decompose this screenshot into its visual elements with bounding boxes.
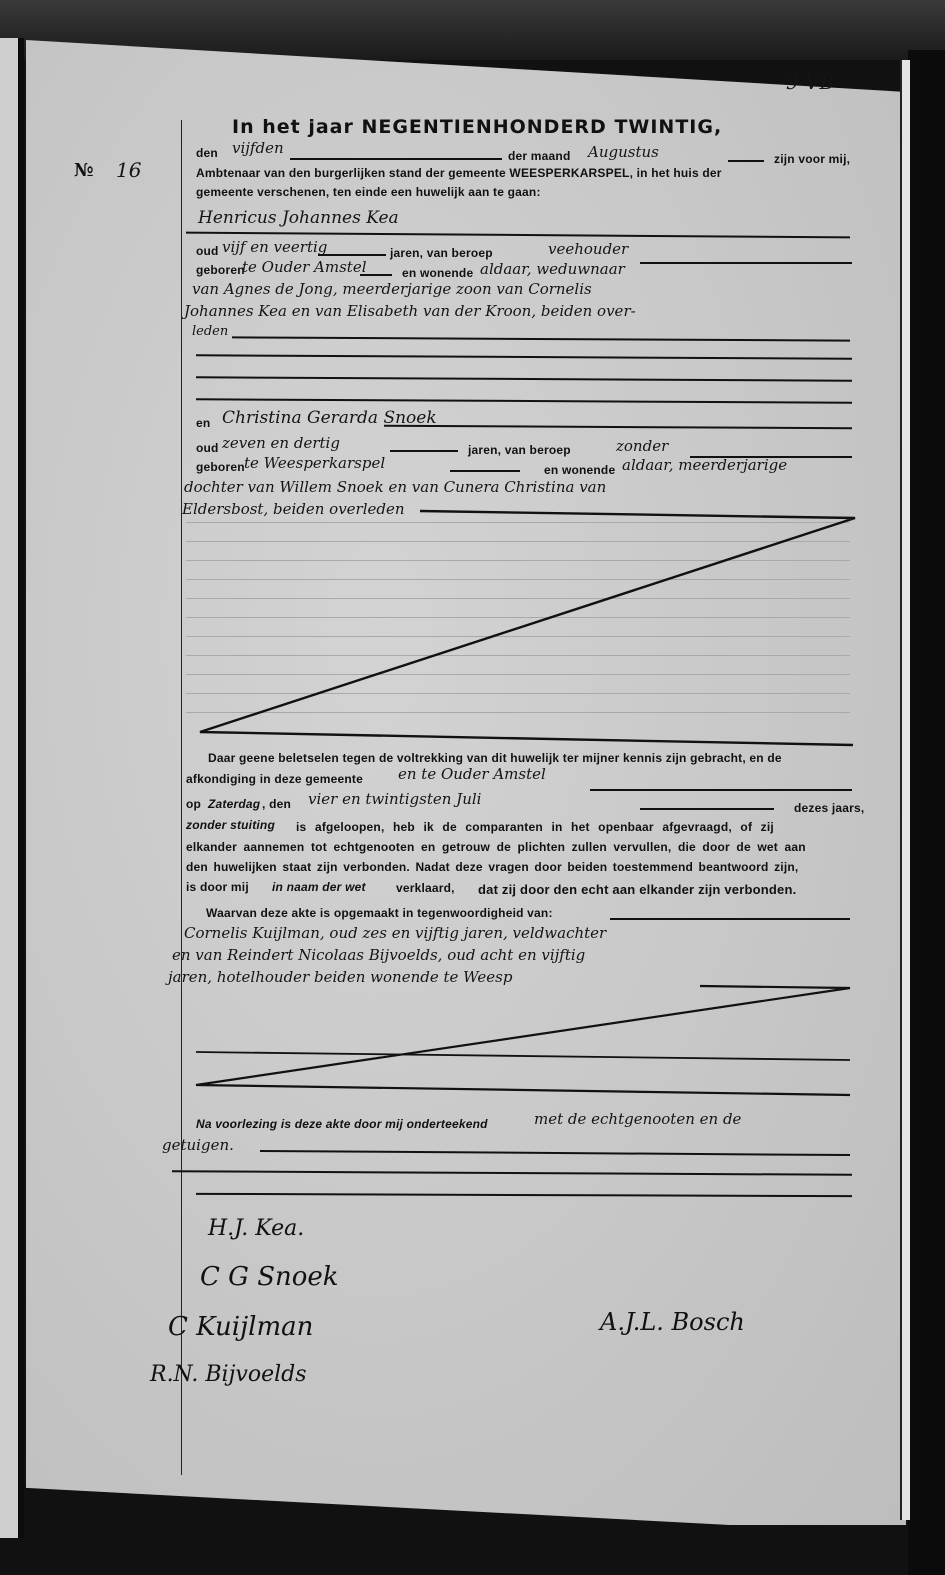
proclamation-den: , den: [262, 797, 291, 811]
proclamation-declaration: dat zij door den echt aan elkander zijn …: [478, 882, 796, 897]
proclamation-line-7a: is door mij: [186, 880, 249, 894]
signature-witness-1: C Kuijlman: [168, 1312, 313, 1342]
proclamation-line-7b: verklaard,: [396, 881, 455, 895]
closing-label: Na voorlezing is deze akte door mij onde…: [196, 1117, 488, 1131]
witnesses-label: Waarvan deze akte is opgemaakt in tegenw…: [206, 906, 553, 920]
proclamation-line-5: elkander aannemen tot echtgenooten en ge…: [186, 840, 806, 854]
proclamation-line-4: is afgeloopen, heb ik de comparanten in …: [296, 820, 774, 834]
closing-hand-1: met de echtgenooten en de: [534, 1110, 741, 1128]
witness-line-3: jaren, hotelhouder beiden wonende te Wee…: [168, 968, 512, 986]
signature-witness-2: R.N. Bijvoelds: [150, 1362, 307, 1387]
cancellation-strike: [0, 0, 945, 1575]
proclamation-no-objection: zonder stuiting: [186, 818, 275, 832]
closing-hand-2: getuigen.: [162, 1136, 234, 1154]
proclamation-weekday: Zaterdag: [208, 797, 260, 811]
proclamation-this-year: dezes jaars,: [794, 801, 864, 815]
proclamation-in-name-of-law: in naam der wet: [272, 880, 366, 894]
signature-registrar: A.J.L. Bosch: [600, 1308, 745, 1336]
witness-line-1: Cornelis Kuijlman, oud zes en vijftig ja…: [184, 924, 606, 942]
proclamation-line-1: Daar geene beletselen tegen de voltrekki…: [208, 751, 782, 765]
signature-bride: C G Snoek: [200, 1262, 339, 1292]
proclamation-op: op: [186, 797, 201, 811]
signature-groom: H.J. Kea.: [208, 1216, 304, 1241]
proclamation-line-2-label: afkondiging in deze gemeente: [186, 772, 363, 786]
witness-line-2: en van Reindert Nicolaas Bijvoelds, oud …: [172, 946, 585, 964]
proclamation-places: en te Ouder Amstel: [398, 765, 546, 783]
proclamation-date: vier en twintigsten Juli: [308, 790, 481, 808]
proclamation-line-6: den huwelijken staat zijn verbonden. Nad…: [186, 860, 798, 874]
